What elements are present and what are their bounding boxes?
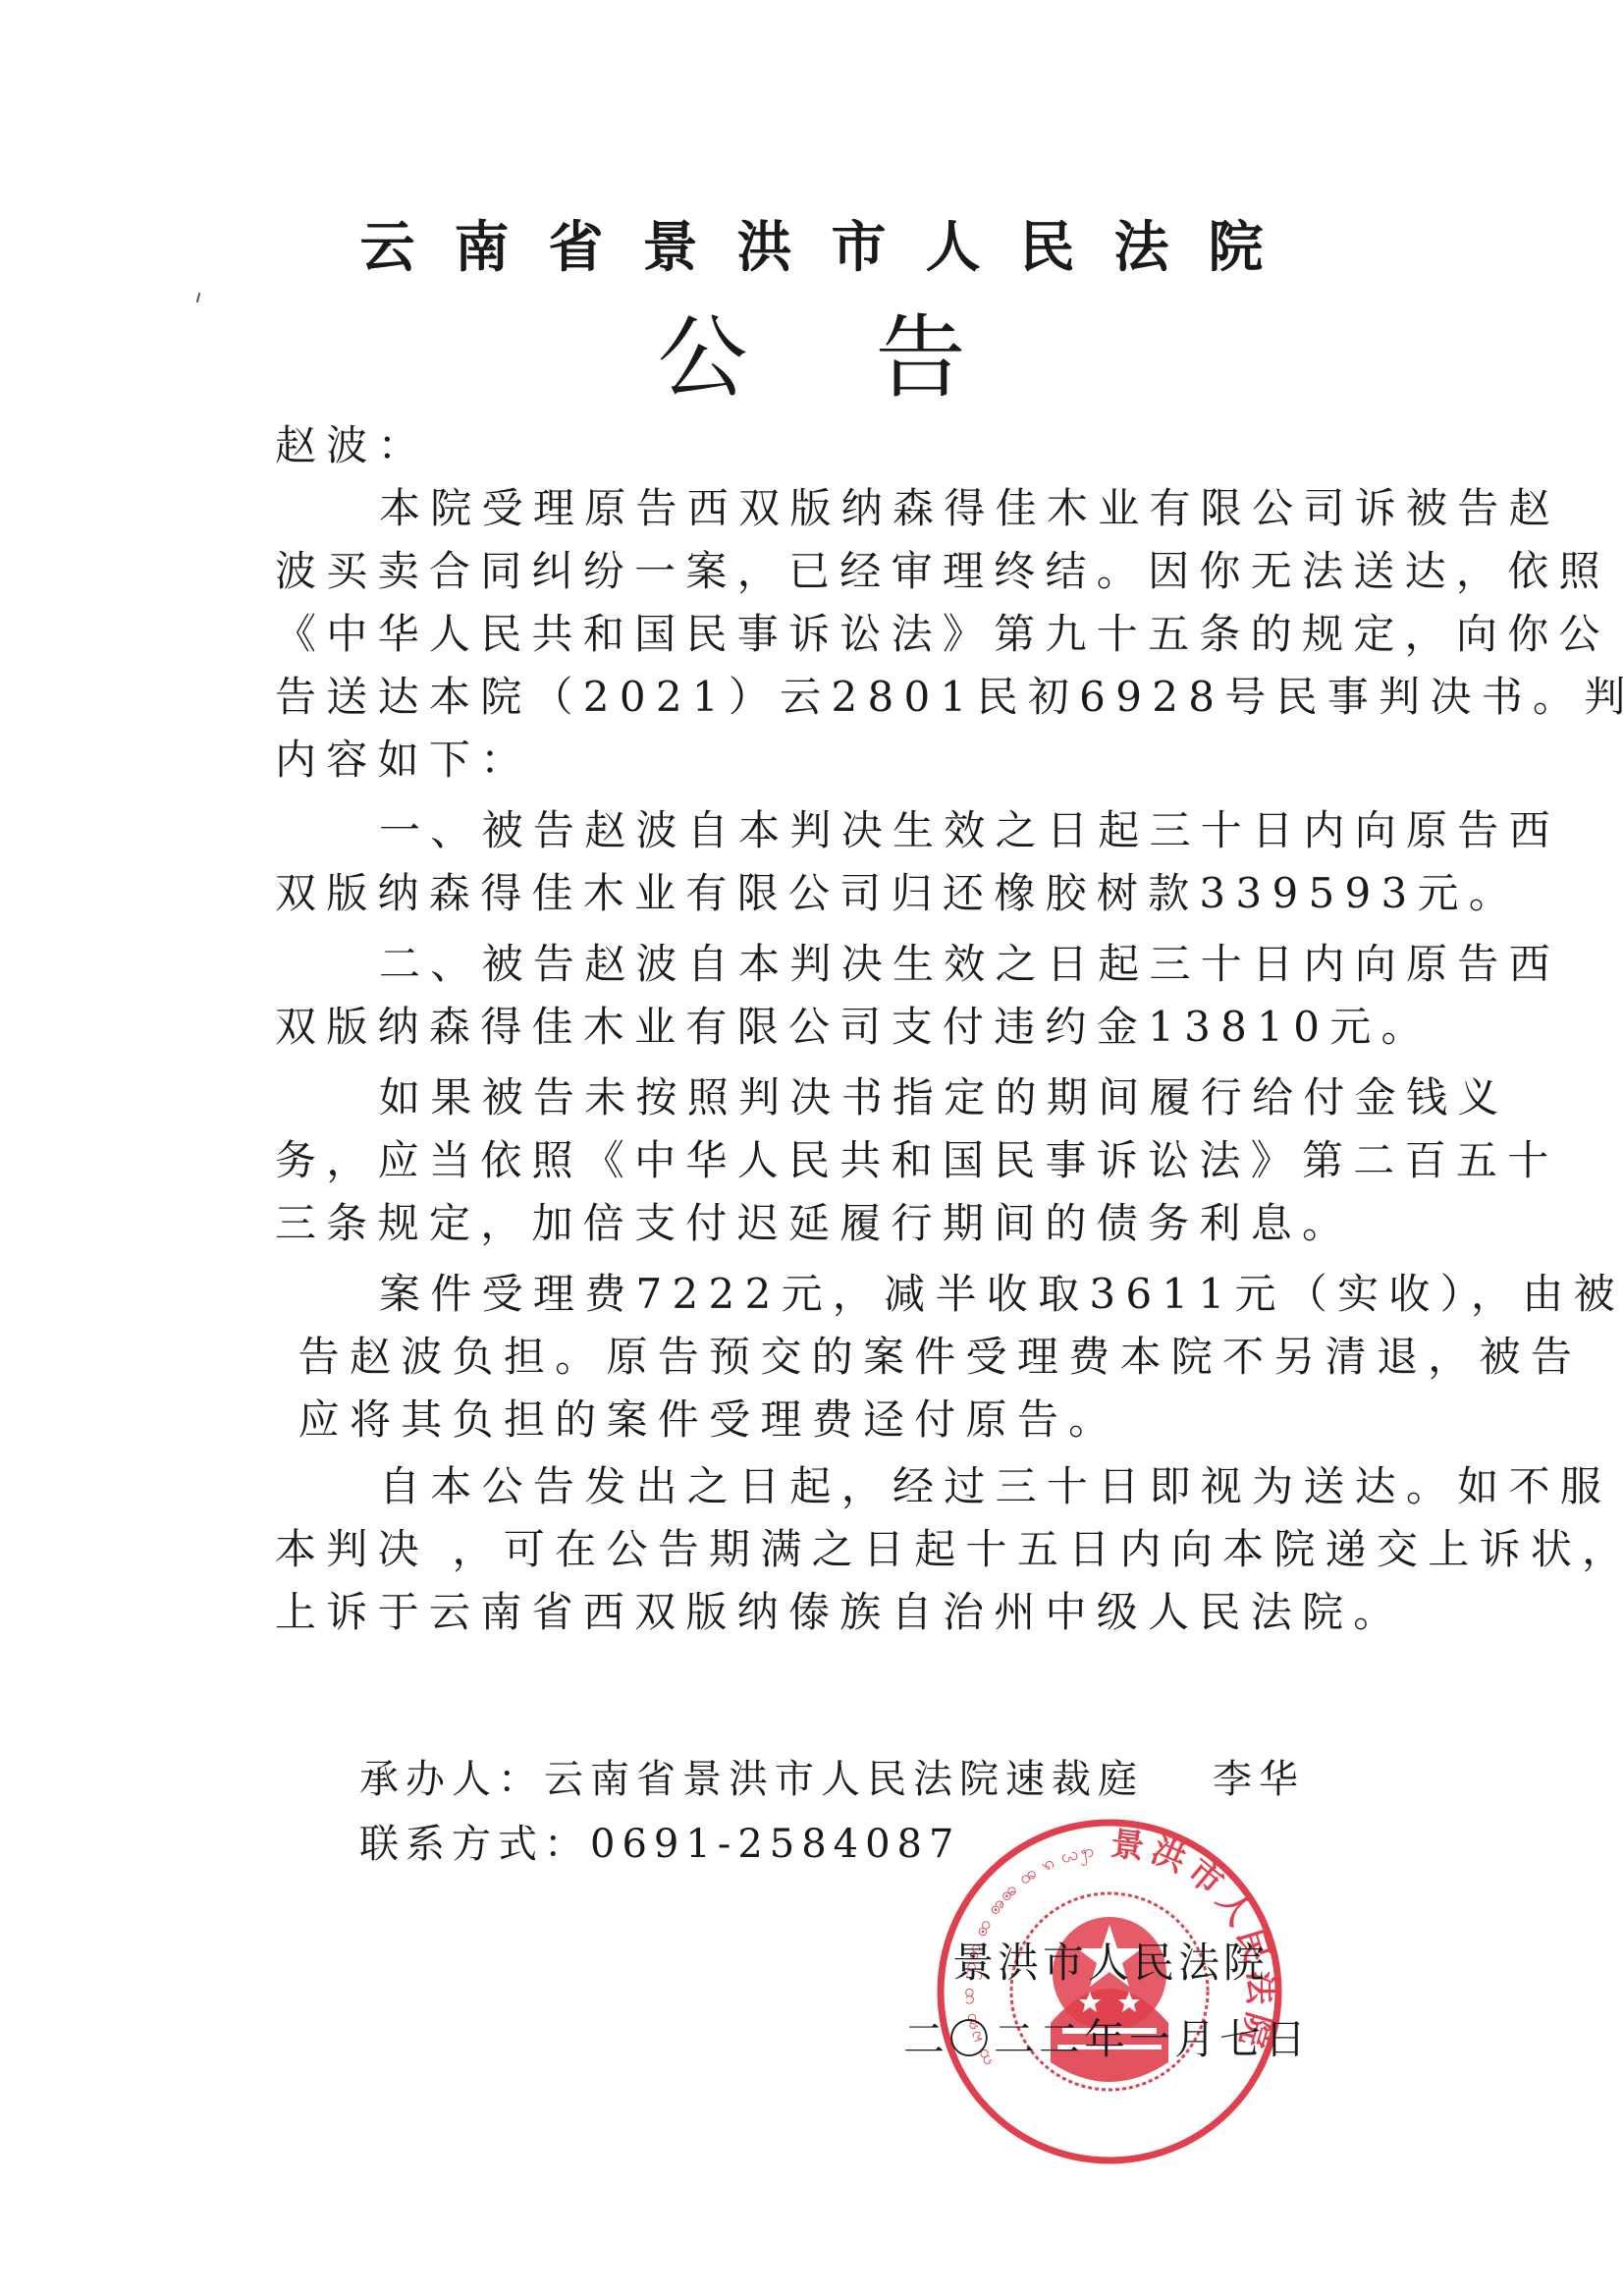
handler-line: 承办人：云南省景洪市人民法院速裁庭李华	[359, 1748, 1305, 1811]
text-line: 上诉于云南省西双版纳傣族自治州中级人民法院。	[275, 1581, 1400, 1644]
phone-line: 联系方式：0691-2584087	[359, 1813, 960, 1876]
scan-artifact-mark	[196, 293, 201, 302]
text-line: 本判决 ，可在公告期满之日起十五日内向本院递交上诉状，	[275, 1518, 1400, 1581]
text-line: 一、被告赵波自本判决生效之日起三十日内向原告西	[275, 799, 1400, 862]
text-line: 告送达本院（2021）云2801民初6928号民事判决书。判决	[275, 666, 1400, 729]
document-type-heading: 公告	[0, 304, 1623, 412]
notice-body: 赵波： 本院受理原告西双版纳森得佳木业有限公司诉被告赵 波买卖合同纠纷一案，已经…	[275, 414, 1400, 1644]
paragraph-late-performance: 如果被告未按照判决书指定的期间履行给付金钱义 务，应当依照《中华人民共和国民事诉…	[275, 1066, 1400, 1255]
paragraph-service-notice: 本院受理原告西双版纳森得佳木业有限公司诉被告赵 波买卖合同纠纷一案，已经审理终结…	[275, 477, 1400, 792]
court-seal-icon: 景洪市人民法院 ꩡ ꩢꩣ ꩤ ꩥꩦ ꩧ ꩨꩩ ꩪ ꩫ ꩬꩭ ꩮ	[935, 1817, 1284, 2166]
paragraph-case-fee: 案件受理费7222元，减半收取3611元（实收），由被 告赵波负担。原告预交的案…	[275, 1263, 1400, 1451]
text-line: 三条规定，加倍支付迟延履行期间的债务利息。	[275, 1192, 1400, 1255]
phone-label: 联系方式：	[359, 1822, 590, 1867]
text-line: 二、被告赵波自本判决生效之日起三十日内向原告西	[275, 933, 1400, 996]
issue-date: 二〇二二年一月七日	[903, 2007, 1310, 2066]
text-line: 双版纳森得佳木业有限公司归还橡胶树款339593元。	[275, 862, 1400, 925]
addressee: 赵波：	[275, 414, 1400, 477]
text-line: 务，应当依照《中华人民共和国民事诉讼法》第二百五十	[275, 1129, 1400, 1192]
paragraph-appeal-rights: 自本公告发出之日起，经过三十日即视为送达。如不服 本判决 ，可在公告期满之日起十…	[275, 1455, 1400, 1644]
text-line: 应将其负担的案件受理费迳付原告。	[275, 1389, 1400, 1451]
text-line: 告赵波负担。原告预交的案件受理费本院不另清退，被告	[275, 1326, 1400, 1389]
text-line: 双版纳森得佳木业有限公司支付违约金13810元。	[275, 996, 1400, 1059]
text-line: 自本公告发出之日起，经过三十日即视为送达。如不服	[275, 1455, 1400, 1518]
handler-label: 承办人：	[359, 1757, 544, 1802]
text-line: 《中华人民共和国民事诉讼法》第九十五条的规定，向你公	[275, 603, 1400, 666]
text-line: 如果被告未按照判决书指定的期间履行给付金钱义	[275, 1066, 1400, 1129]
text-line: 内容如下：	[275, 729, 1400, 792]
text-line: 本院受理原告西双版纳森得佳木业有限公司诉被告赵	[275, 477, 1400, 540]
issuing-court: 景洪市人民法院	[952, 1931, 1269, 1990]
handler-unit: 云南省景洪市人民法院速裁庭	[544, 1757, 1144, 1802]
paragraph-judgment-item-2: 二、被告赵波自本判决生效之日起三十日内向原告西 双版纳森得佳木业有限公司支付违约…	[275, 933, 1400, 1059]
court-name-heading: 云南省景洪市人民法院	[0, 214, 1623, 283]
text-line: 案件受理费7222元，减半收取3611元（实收），由被	[275, 1263, 1400, 1326]
phone-number: 0691-2584087	[590, 1822, 960, 1867]
handler-name: 李华	[1213, 1757, 1305, 1802]
paragraph-judgment-item-1: 一、被告赵波自本判决生效之日起三十日内向原告西 双版纳森得佳木业有限公司归还橡胶…	[275, 799, 1400, 925]
text-line: 波买卖合同纠纷一案，已经审理终结。因你无法送达，依照	[275, 540, 1400, 603]
